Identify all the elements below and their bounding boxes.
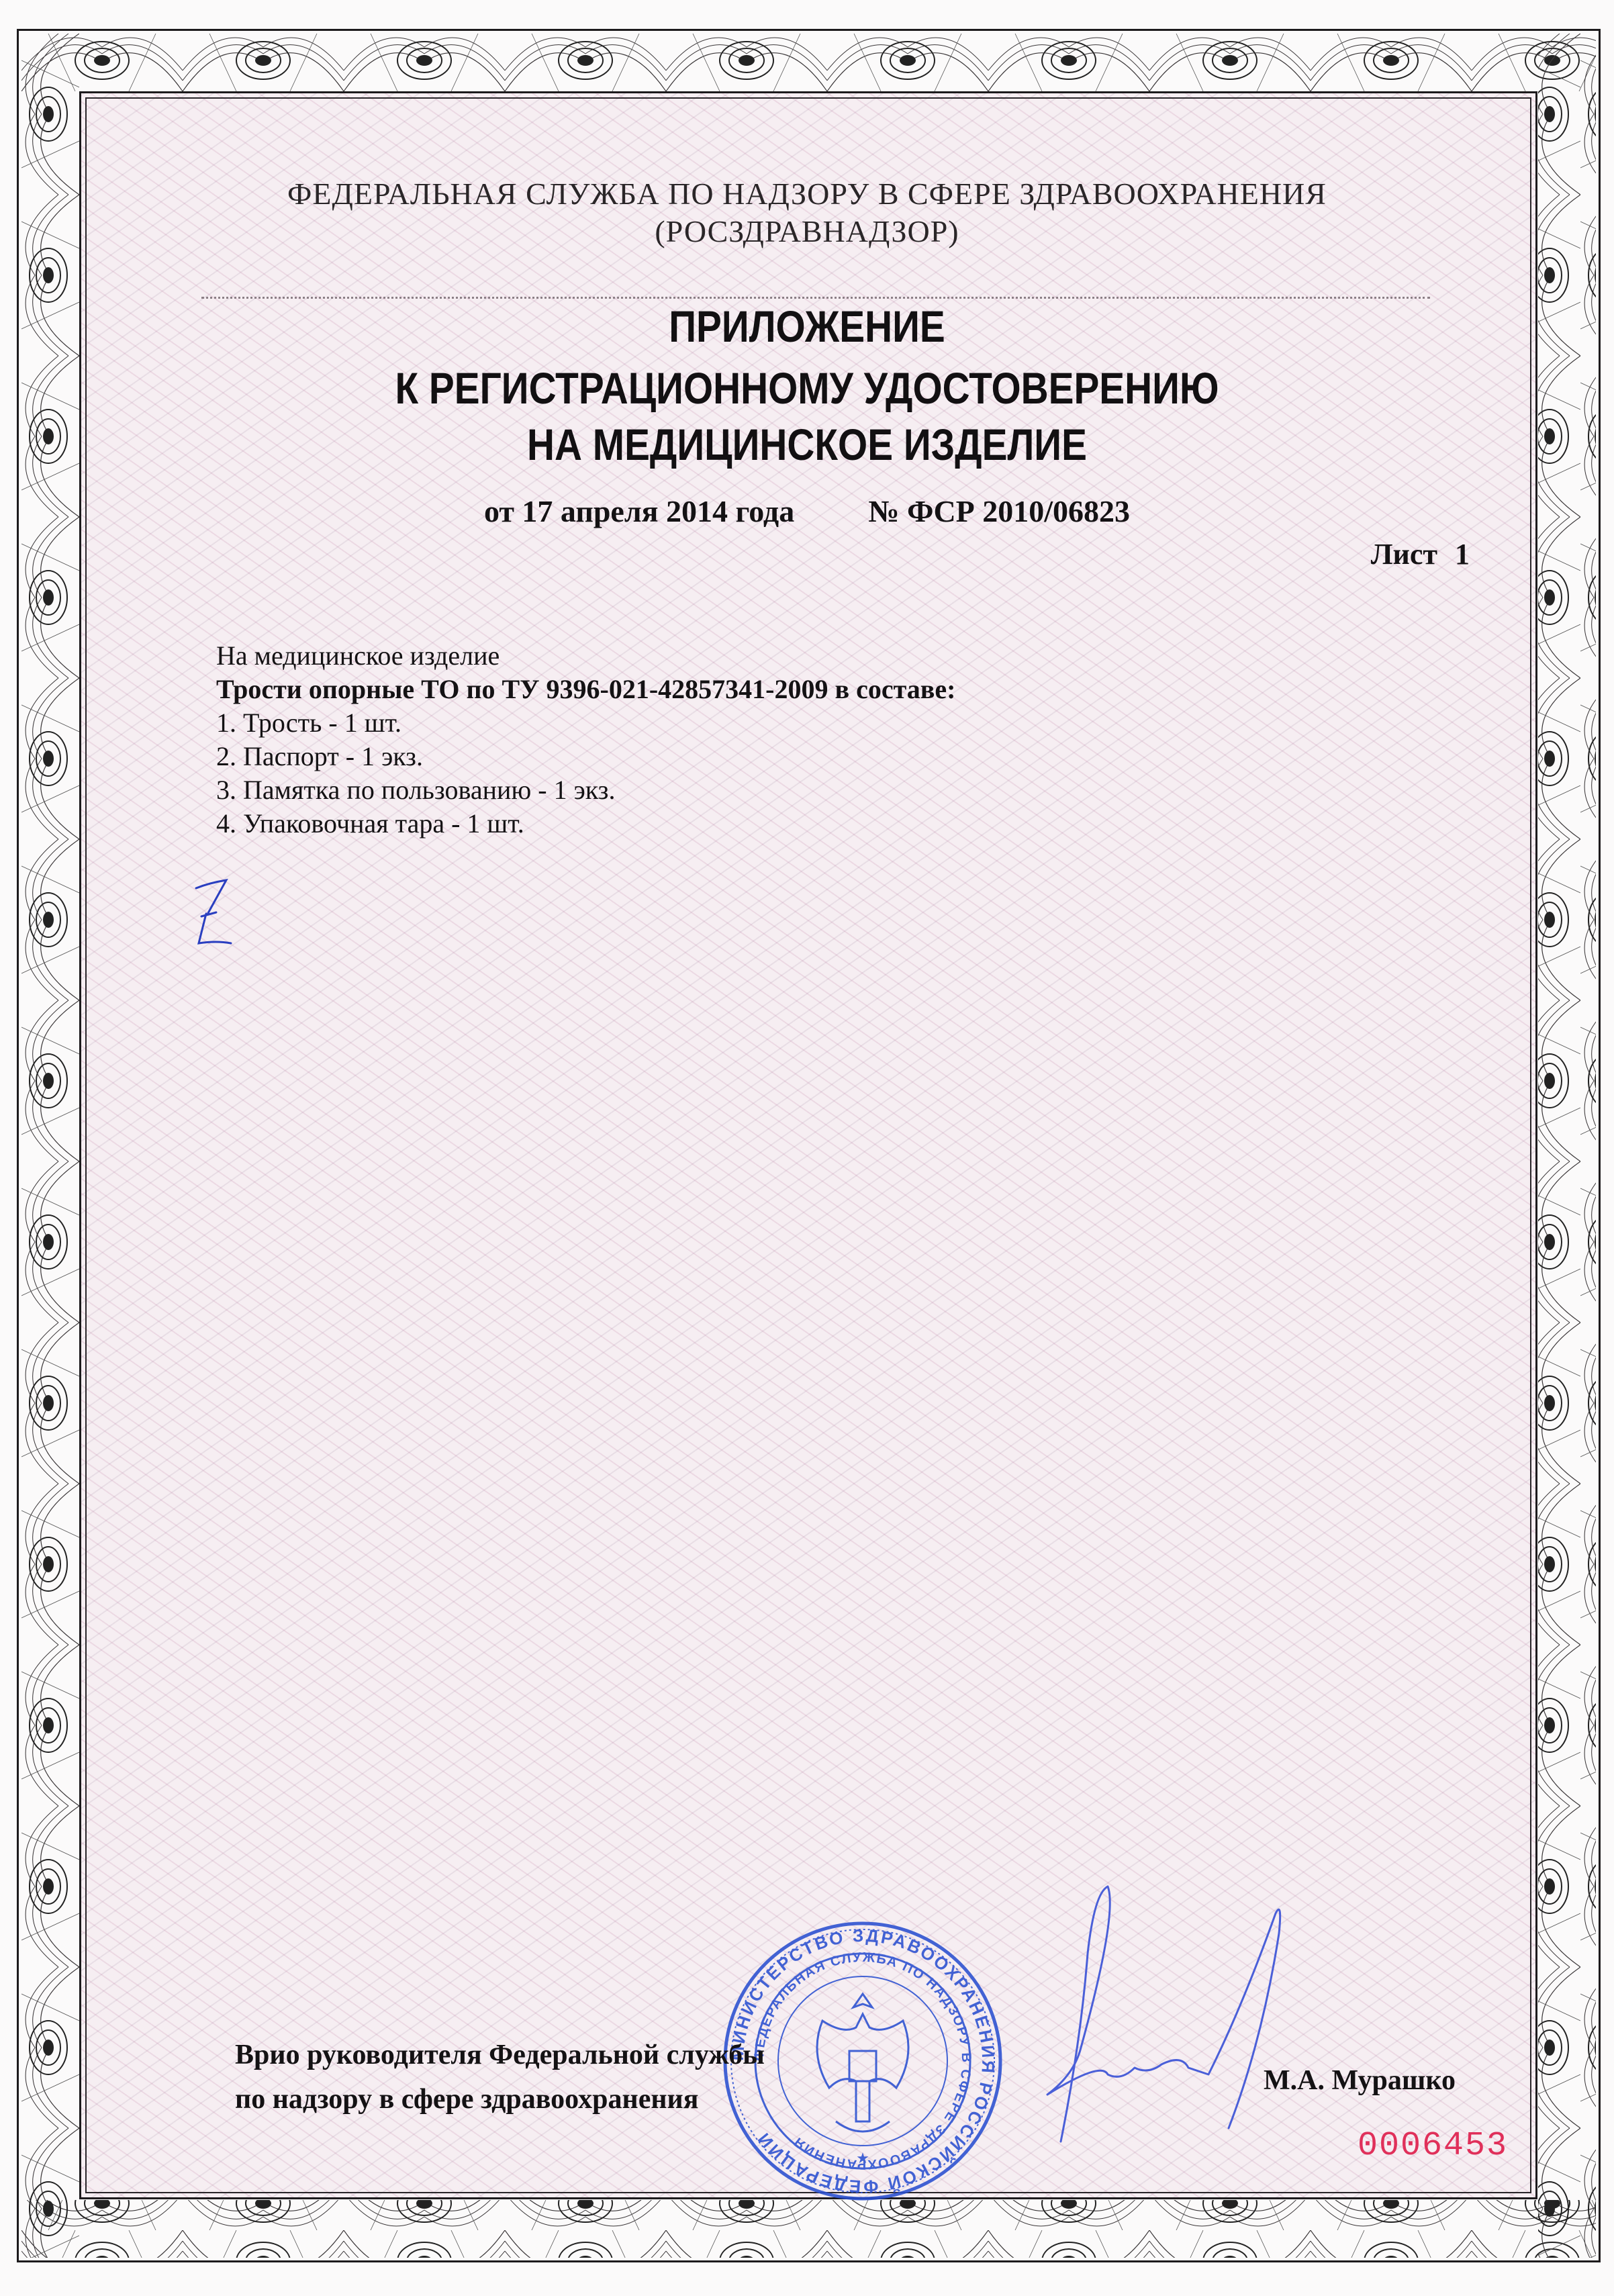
handwritten-signature — [1007, 1873, 1343, 2155]
device-product-name: Трости опорные ТО по ТУ 9396-021-4285734… — [216, 673, 955, 706]
registration-number: № ФСР 2010/06823 — [868, 494, 1130, 528]
signatory-title: Врио руководителя Федеральной службы по … — [235, 2033, 765, 2121]
device-description: На медицинское изделие Трости опорные ТО… — [216, 639, 955, 841]
handwritten-z-mark — [189, 876, 243, 950]
list-item: 1. Трость - 1 шт. — [216, 706, 955, 740]
document-title: ПРИЛОЖЕНИЕ — [113, 301, 1501, 352]
registration-line: от 17 апреля 2014 года№ ФСР 2010/06823 — [0, 493, 1614, 529]
document-title-line2: К РЕГИСТРАЦИОННОМУ УДОСТОВЕРЕНИЮ — [113, 363, 1501, 414]
serial-number: 0006453 — [1358, 2127, 1508, 2165]
document-title-line3: НА МЕДИЦИНСКОЕ ИЗДЕЛИЕ — [113, 419, 1501, 470]
agency-name: ФЕДЕРАЛЬНАЯ СЛУЖБА ПО НАДЗОРУ В СФЕРЕ ЗД… — [0, 176, 1614, 211]
sheet-number: Лист1 — [1371, 537, 1470, 571]
header-divider — [201, 297, 1430, 299]
registration-date: от 17 апреля 2014 года — [484, 494, 794, 528]
signatory-title-line2: по надзору в сфере здравоохранения — [235, 2077, 765, 2121]
sheet-value: 1 — [1455, 538, 1470, 571]
svg-text:ФЕДЕРАЛЬНАЯ СЛУЖБА ПО НАДЗОРУ: ФЕДЕРАЛЬНАЯ СЛУЖБА ПО НАДЗОРУ В СФЕРЕ ЗД… — [752, 1950, 974, 2172]
signatory-title-line1: Врио руководителя Федеральной службы — [235, 2033, 765, 2077]
agency-abbreviation: (РОСЗДРАВНАДЗОР) — [0, 213, 1614, 249]
list-item: 3. Памятка по пользованию - 1 экз. — [216, 773, 955, 807]
device-intro: На медицинское изделие — [216, 639, 955, 673]
list-item: 2. Паспорт - 1 экз. — [216, 740, 955, 773]
list-item: 4. Упаковочная тара - 1 шт. — [216, 807, 955, 841]
svg-text:★: ★ — [856, 2150, 869, 2166]
sheet-label: Лист — [1371, 538, 1437, 571]
